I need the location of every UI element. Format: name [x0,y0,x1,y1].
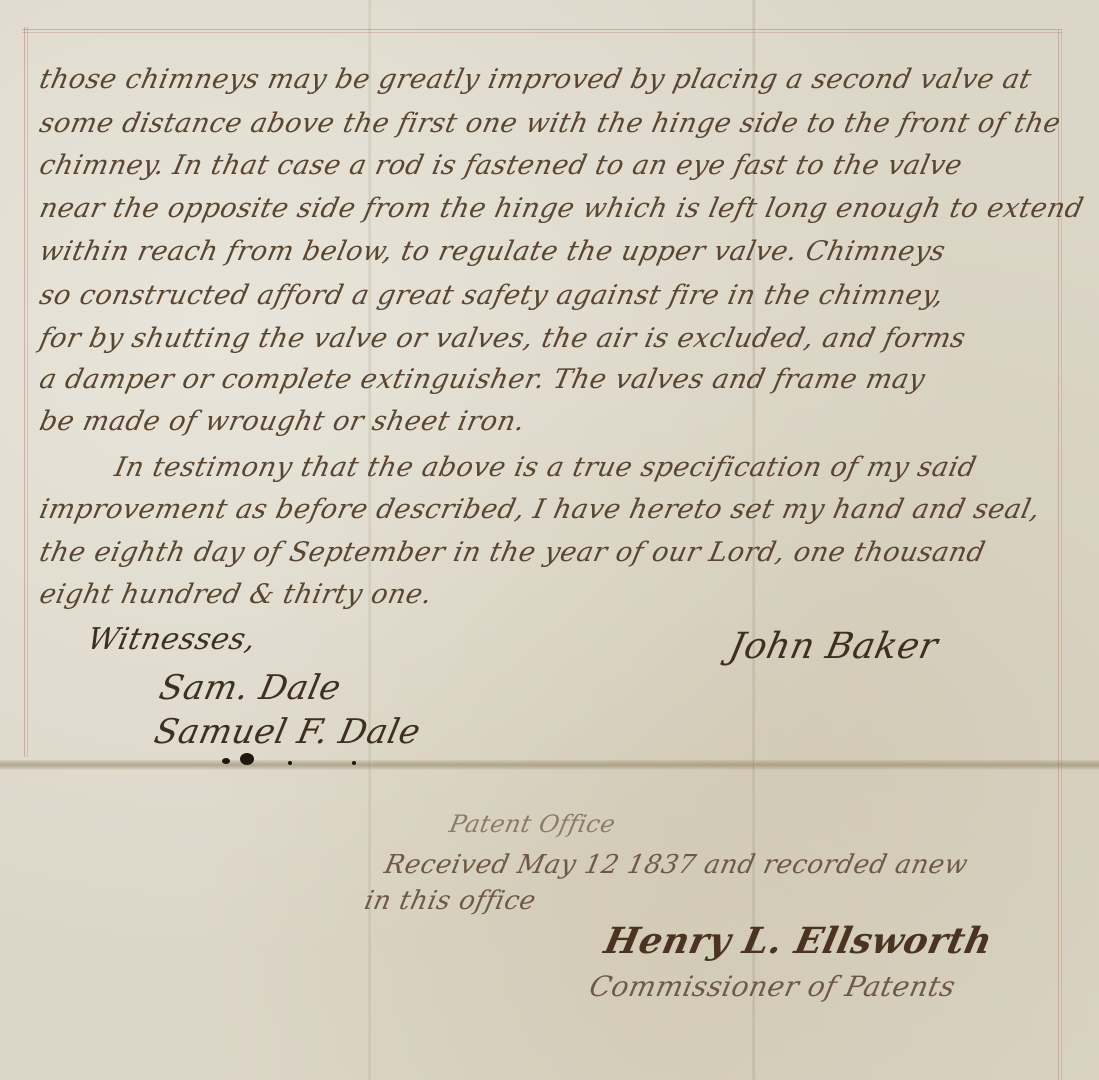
patent-office-heading: Patent Office [447,810,618,838]
testimony-line: In testimony that the above is a true sp… [112,452,980,483]
inventor-signature: John Baker [726,626,942,667]
received-note: Received May 12 1837 and recorded anew [382,850,971,880]
received-note-cont: in this office [362,886,539,916]
margin-rule-right [1058,30,1059,1080]
ink-blot [222,758,230,764]
body-line: within reach from below, to regulate the… [37,236,949,267]
testimony-line: eight hundred & thirty one. [37,579,435,610]
witness-signature: Samuel F. Dale [151,712,424,752]
ink-blot [352,761,356,765]
body-line: chimney. In that case a rod is fastened … [37,150,966,181]
testimony-line: the eighth day of September in the year … [37,537,988,568]
horizontal-fold-crease [0,760,1099,770]
body-line: a damper or complete extinguisher. The v… [37,364,928,395]
body-line: be made of wrought or sheet iron. [37,406,528,437]
margin-rule-left [24,27,25,757]
document-page: those chimneys may be greatly improved b… [0,0,1099,1080]
witnesses-label: Witnesses, [84,622,259,657]
body-line: so constructed afford a great safety aga… [37,280,947,311]
body-line: for by shutting the valve or valves, the… [37,323,969,354]
testimony-line: improvement as before described, I have … [37,494,1043,525]
body-line: near the opposite side from the hinge wh… [37,193,1087,224]
body-line: those chimneys may be greatly improved b… [37,64,1035,95]
witness-signature: Sam. Dale [156,668,345,708]
commissioner-title: Commissioner of Patents [586,970,958,1003]
body-line: some distance above the first one with t… [37,108,1064,139]
commissioner-signature: Henry L. Ellsworth [601,920,997,962]
margin-rule-top [22,29,1062,30]
ink-blot [240,753,254,765]
ink-blot [288,761,292,765]
